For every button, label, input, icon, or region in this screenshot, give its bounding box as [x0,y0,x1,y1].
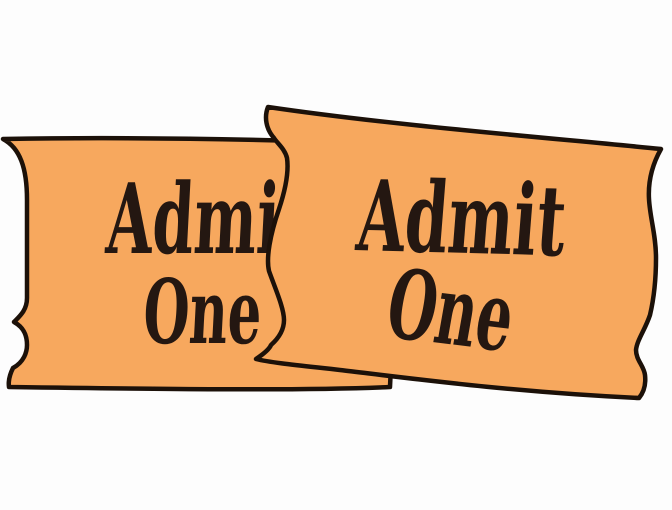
admit-one-tickets-clipart: Admit One Admit One [0,0,672,510]
tickets-graphic: Admit One Admit One [0,0,672,510]
front-ticket-line2: One [379,247,523,374]
back-ticket-line2: One [141,260,264,365]
front-ticket: Admit One [256,107,661,398]
